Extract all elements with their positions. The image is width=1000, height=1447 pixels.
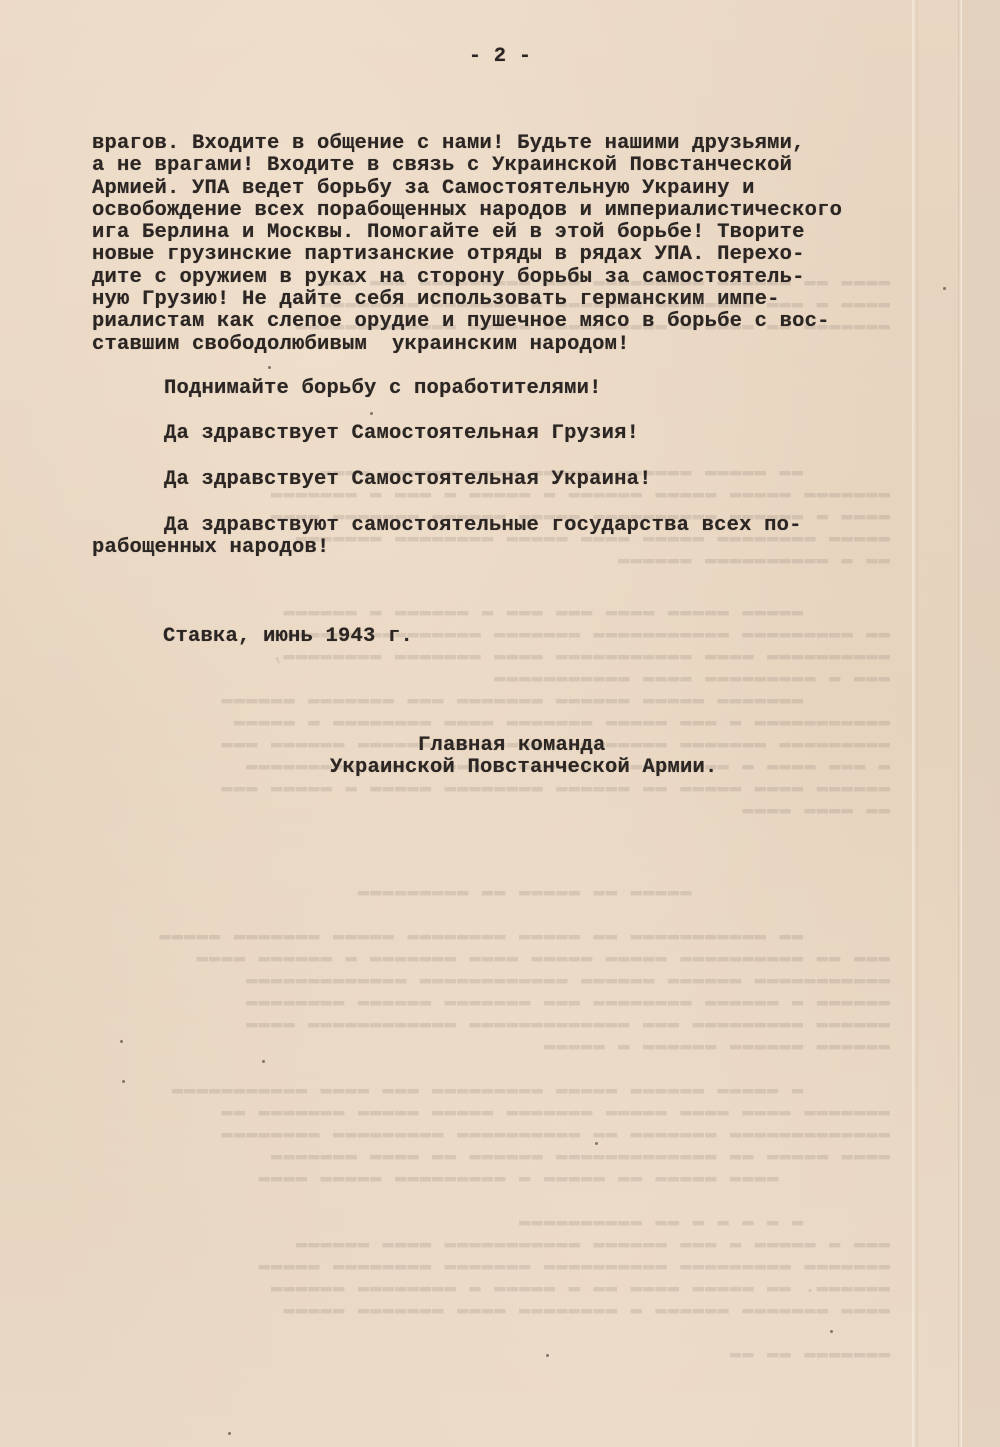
slogan-continuation: рабощенных народов! <box>92 537 330 559</box>
paper-speck <box>546 1354 549 1357</box>
paper-speck <box>120 1040 123 1043</box>
body-line: врагов. Входите в общение с нами! Будьте… <box>92 133 842 155</box>
paper-speck <box>122 1080 125 1083</box>
body-line: дите с оружием в руках на сторону борьбы… <box>92 267 842 289</box>
slogan: Да здравствует Самостоятельная Украина! <box>164 469 652 491</box>
paper-edge-strip <box>962 0 1000 1447</box>
paper-speck <box>268 366 271 369</box>
paper-speck <box>830 1330 833 1333</box>
paper-speck <box>370 412 373 415</box>
paper-fold-line <box>912 0 918 1447</box>
paper-speck <box>262 1060 265 1063</box>
signature-line-1: Главная команда <box>418 735 606 757</box>
body-line: а не врагами! Входите в связь с Украинск… <box>92 155 842 177</box>
body-line: новые грузинские партизанские отряды в р… <box>92 244 842 266</box>
body-line: ставшим свободолюбивым украинским народо… <box>92 334 842 356</box>
paper-speck <box>943 287 946 290</box>
body-line: Армией. УПА ведет борьбу за Самостоятель… <box>92 178 842 200</box>
slogan: Да здравствует Самостоятельная Грузия! <box>164 423 639 445</box>
body-line: риалистам как слепое орудие и пушечное м… <box>92 311 842 333</box>
slogan: Да здравствуют самостоятельные государст… <box>164 515 802 537</box>
body-line: освобождение всех порабощенных народов и… <box>92 200 842 222</box>
paper-speck <box>595 1142 598 1145</box>
body-paragraph: врагов. Входите в общение с нами! Будьте… <box>92 133 842 356</box>
page-number: - 2 - <box>0 46 1000 68</box>
place-and-date: Ставка, июнь 1943 г. <box>163 626 413 648</box>
paper-speck <box>228 1432 231 1435</box>
body-line: ига Берлина и Москвы. Помогайте ей в это… <box>92 222 842 244</box>
signature-line-2: Украинской Повстанческой Армии. <box>330 757 718 779</box>
slogan: Поднимайте борьбу с поработителями! <box>164 378 602 400</box>
body-line: ную Грузию! Не дайте себя использовать г… <box>92 289 842 311</box>
